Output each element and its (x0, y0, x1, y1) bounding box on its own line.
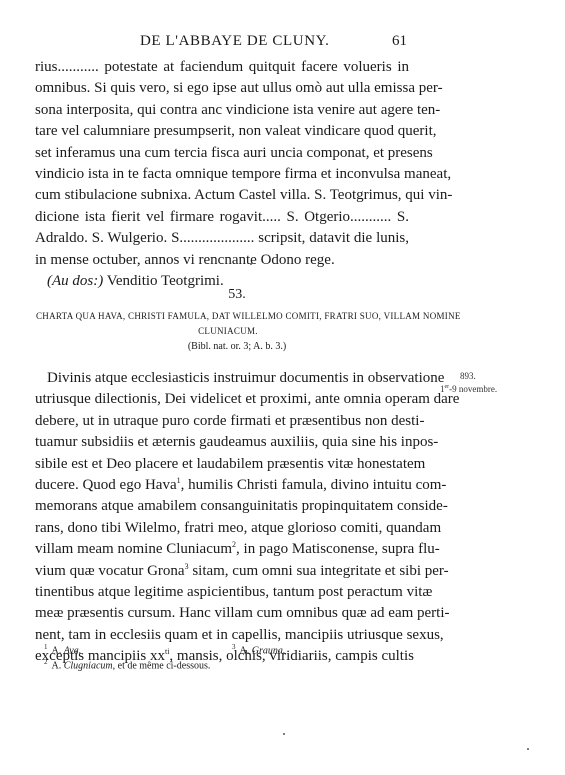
text-line: rans, dono tibi Wilelmo, fratri meo, atq… (35, 518, 409, 539)
text-line: tuamur subsidiis et æternis gaudeamus au… (35, 432, 409, 453)
text-line: ducere. Quod ego Hava1, humilis Christi … (35, 475, 409, 496)
charter-title-line: CHARTA QUA HAVA, CHRISTI FAMULA, DAT WIL… (36, 309, 410, 324)
source-reference: (Bibl. nat. or. 3; A. b. 3.) (0, 341, 474, 352)
margin-year: 893. (440, 370, 530, 383)
charter-body-text: Divinis atque ecclesiasticis instruimur … (35, 368, 409, 667)
text-line: rius........... potestate at faciendum q… (35, 57, 409, 78)
text-line: Adraldo. S. Wulgerio. S.................… (35, 228, 409, 249)
text-line: set inferamus una cum tercia fisca auri … (35, 143, 409, 164)
previous-charter-text: rius........... potestate at faciendum q… (35, 57, 409, 292)
text-line: Divinis atque ecclesiasticis instruimur … (35, 368, 409, 389)
scan-speck (250, 263, 252, 265)
footnotes: 1A. Ava. 3A. Grauna. 2A. Clugniacum, et … (44, 640, 424, 670)
charter-number: 53. (0, 287, 474, 303)
text-line: sibile est et Deo placere et laudabilem … (35, 454, 409, 475)
charter-title-line: CLUNIACUM. (36, 324, 410, 339)
scan-speck (283, 733, 285, 735)
text-line: vium quæ vocatur Grona3 sitam, cum omni … (35, 561, 409, 582)
page-number: 61 (392, 33, 407, 50)
running-header: DE L'ABBAYE DE CLUNY. 61 (0, 33, 565, 53)
text-line: utriusque dilectionis, Dei videlicet et … (35, 389, 409, 410)
text-line: tare vel calumniare presumpserit, non va… (35, 121, 409, 142)
text-line: in mense octuber, annos vi rencnante Odo… (35, 250, 409, 271)
text-line: memorans atque amabilem consanguinitatis… (35, 496, 409, 517)
text-line: vindicio ista in te facta omnique tempor… (35, 164, 409, 185)
text-line: meæ præsentis cursum. Hanc villam cum om… (35, 603, 409, 624)
text-line: debere, ut in utraque puro corde firmati… (35, 411, 409, 432)
text-line: cum stibulacione subnixa. Actum Castel v… (35, 185, 409, 206)
running-title: DE L'ABBAYE DE CLUNY. (140, 33, 315, 50)
footnote-2: 2A. Clugniacum, et de même ci-dessous. (44, 655, 210, 673)
text-line: omnibus. Si quis vero, si ego ipse aut u… (35, 78, 409, 99)
text-line: villam meam nomine Cluniacum2, in pago M… (35, 539, 409, 560)
text-line: dicione ista fierit vel firmare rogavit.… (35, 207, 409, 228)
document-page: DE L'ABBAYE DE CLUNY. 61 rius...........… (0, 0, 565, 775)
text-line: sona interposita, qui contra anc vindici… (35, 100, 409, 121)
charter-title: CHARTA QUA HAVA, CHRISTI FAMULA, DAT WIL… (36, 309, 410, 339)
text-line: tinentibus atque legitime aspicientibus,… (35, 582, 409, 603)
scan-speck (527, 748, 529, 750)
